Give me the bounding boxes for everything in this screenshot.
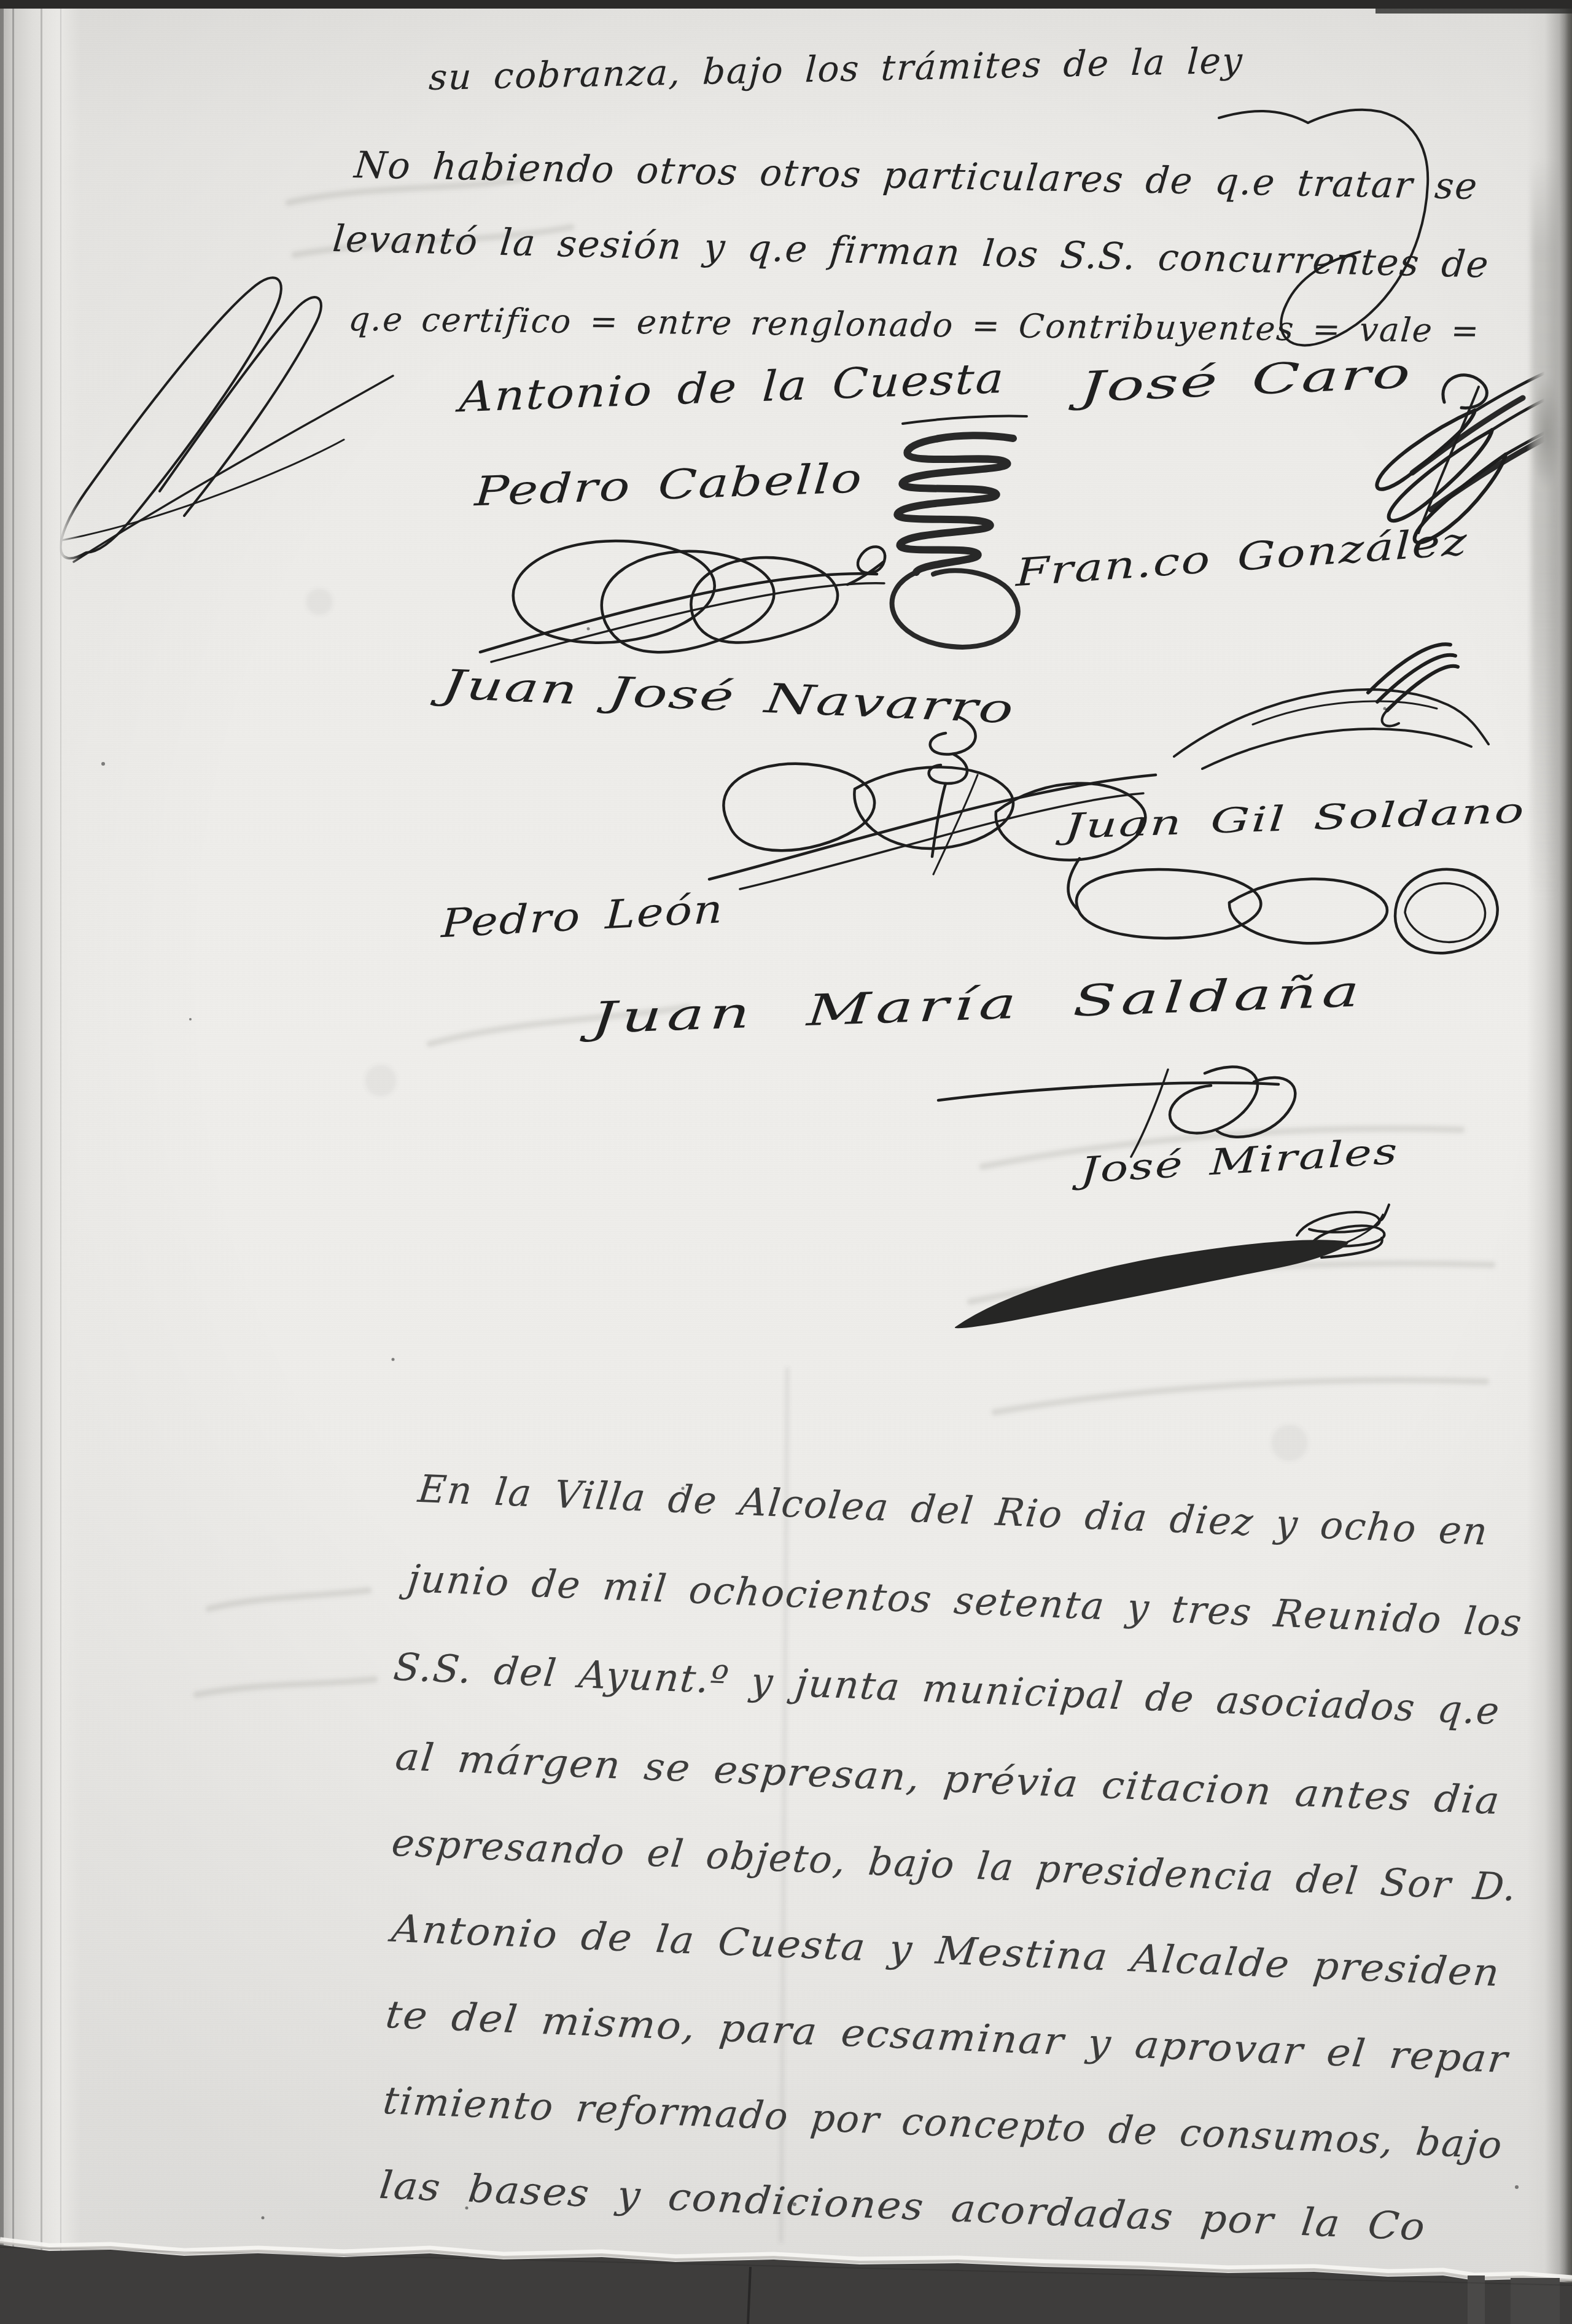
scanner-background-bottom [0,0,1572,2324]
scanned-manuscript-page: su cobranza, bajo los trámites de la ley… [0,0,1572,2324]
